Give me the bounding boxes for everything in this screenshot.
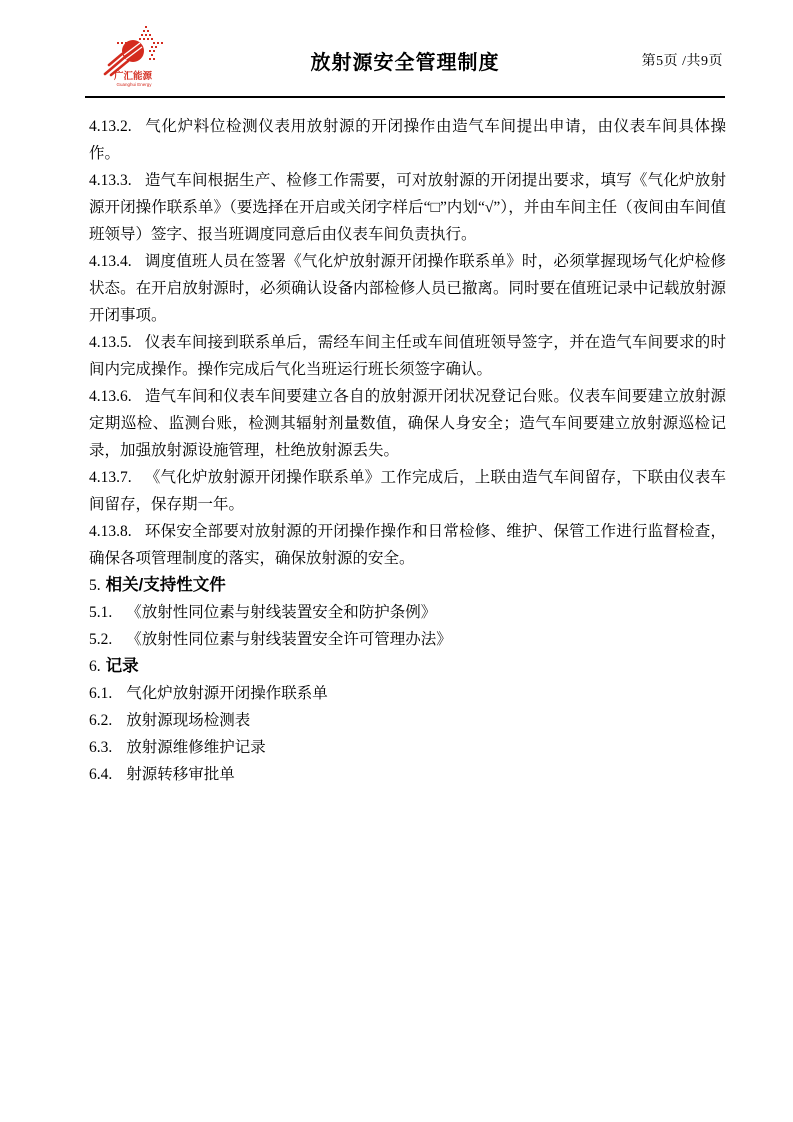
paragraph-4-13-6: 4.13.6.造气车间和仪表车间要建立各自的放射源开闭状况登记台账。仪表车间要建… bbox=[89, 383, 726, 464]
section-title: 相关/支持性文件 bbox=[106, 576, 226, 594]
clause-number: 4.13.5. bbox=[89, 334, 132, 351]
paragraph-4-13-2: 4.13.2.气化炉料位检测仪表用放射源的开闭操作由造气车间提出申请，由仪表车间… bbox=[89, 113, 726, 167]
page-header: 广汇能源 Guanghui Energy 放射源安全管理制度 第5页 /共9页 bbox=[85, 24, 725, 98]
section-6-heading: 6.记录 bbox=[89, 653, 726, 680]
page-number: 第5页 /共9页 bbox=[642, 50, 723, 70]
clause-text: 造气车间和仪表车间要建立各自的放射源开闭状况登记台账。仪表车间要建立放射源定期巡… bbox=[89, 388, 726, 459]
clause-text: 造气车间根据生产、检修工作需要，可对放射源的开闭提出要求，填写《气化炉放射源开闭… bbox=[89, 172, 726, 243]
document-title: 放射源安全管理制度 bbox=[85, 46, 725, 75]
paragraph-4-13-8: 4.13.8.环保安全部要对放射源的开闭操作操作和日常检修、维护、保管工作进行监… bbox=[89, 518, 726, 572]
item-number: 6.2. bbox=[89, 712, 112, 729]
item-text: 《放射性同位素与射线装置安全许可管理办法》 bbox=[126, 631, 452, 648]
clause-text: 调度值班人员在签署《气化炉放射源开闭操作联系单》时，必须掌握现场气化炉检修状态。… bbox=[89, 253, 726, 324]
clause-number: 4.13.2. bbox=[89, 118, 132, 135]
paragraph-4-13-5: 4.13.5.仪表车间接到联系单后，需经车间主任或车间值班领导签字，并在造气车间… bbox=[89, 329, 726, 383]
logo-en-text: Guanghui Energy bbox=[116, 82, 152, 87]
document-body: 4.13.2.气化炉料位检测仪表用放射源的开闭操作由造气车间提出申请，由仪表车间… bbox=[89, 113, 726, 788]
clause-text: 仪表车间接到联系单后，需经车间主任或车间值班领导签字，并在造气车间要求的时间内完… bbox=[89, 334, 726, 378]
item-number: 6.3. bbox=[89, 739, 112, 756]
clause-number: 4.13.4. bbox=[89, 253, 132, 270]
section-number: 5. bbox=[89, 577, 101, 594]
clause-number: 4.13.6. bbox=[89, 388, 132, 405]
paragraph-4-13-3: 4.13.3.造气车间根据生产、检修工作需要，可对放射源的开闭提出要求，填写《气… bbox=[89, 167, 726, 248]
section-number: 6. bbox=[89, 658, 101, 675]
paragraph-4-13-7: 4.13.7.《气化炉放射源开闭操作联系单》工作完成后，上联由造气车间留存，下联… bbox=[89, 464, 726, 518]
item-text: 射源转移审批单 bbox=[126, 766, 235, 783]
paragraph-4-13-4: 4.13.4.调度值班人员在签署《气化炉放射源开闭操作联系单》时，必须掌握现场气… bbox=[89, 248, 726, 329]
item-number: 6.4. bbox=[89, 766, 112, 783]
list-item-6-1: 6.1.气化炉放射源开闭操作联系单 bbox=[89, 680, 726, 707]
list-item-6-2: 6.2.放射源现场检测表 bbox=[89, 707, 726, 734]
list-item-5-2: 5.2.《放射性同位素与射线装置安全许可管理办法》 bbox=[89, 626, 726, 653]
item-text: 《放射性同位素与射线装置安全和防护条例》 bbox=[126, 604, 436, 621]
list-item-6-3: 6.3.放射源维修维护记录 bbox=[89, 734, 726, 761]
clause-text: 气化炉料位检测仪表用放射源的开闭操作由造气车间提出申请，由仪表车间具体操作。 bbox=[89, 118, 726, 162]
section-5-heading: 5.相关/支持性文件 bbox=[89, 572, 726, 599]
header-divider bbox=[85, 96, 725, 98]
section-title: 记录 bbox=[106, 657, 139, 675]
item-number: 5.1. bbox=[89, 604, 112, 621]
list-item-5-1: 5.1.《放射性同位素与射线装置安全和防护条例》 bbox=[89, 599, 726, 626]
item-text: 气化炉放射源开闭操作联系单 bbox=[126, 685, 328, 702]
clause-number: 4.13.8. bbox=[89, 523, 132, 540]
item-number: 6.1. bbox=[89, 685, 112, 702]
list-item-6-4: 6.4.射源转移审批单 bbox=[89, 761, 726, 788]
document-page: 广汇能源 Guanghui Energy 放射源安全管理制度 第5页 /共9页 … bbox=[0, 0, 793, 1122]
item-text: 放射源维修维护记录 bbox=[126, 739, 266, 756]
clause-text: 《气化炉放射源开闭操作联系单》工作完成后，上联由造气车间留存，下联由仪表车间留存… bbox=[89, 469, 726, 513]
item-number: 5.2. bbox=[89, 631, 112, 648]
clause-text: 环保安全部要对放射源的开闭操作操作和日常检修、维护、保管工作进行监督检查，确保各… bbox=[89, 523, 726, 567]
item-text: 放射源现场检测表 bbox=[126, 712, 250, 729]
clause-number: 4.13.7. bbox=[89, 469, 132, 486]
clause-number: 4.13.3. bbox=[89, 172, 132, 189]
